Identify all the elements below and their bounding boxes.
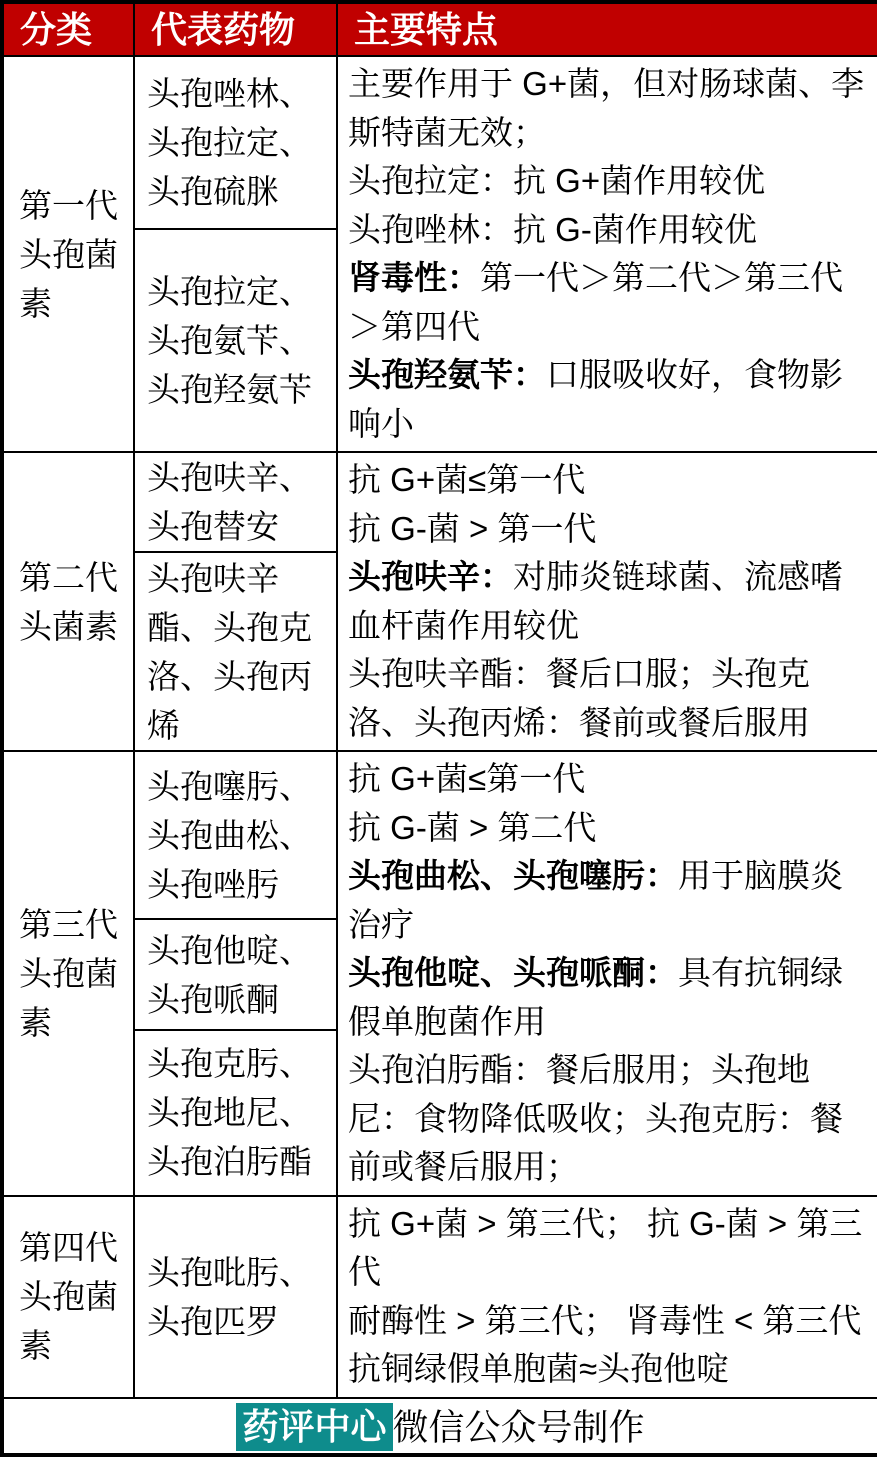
header-cell-features: 主要特点 [337,2,877,56]
footer-text: 微信公众号制作 [393,1406,645,1447]
feature-paragraph: 头孢拉定：抗 G+菌作用较优 [348,157,873,206]
category-cell: 第二代头菌素 [2,452,134,751]
feature-paragraph: 耐酶性 > 第三代； 肾毒性 < 第三代 [348,1297,873,1346]
feature-segment: 抗 G+菌 > 第三代； 抗 G-菌 > 第三代 [348,1205,862,1291]
table-row: 第三代头孢菌素头孢噻肟、头孢曲松、头孢唑肟抗 G+菌≤第一代抗 G-菌 > 第二… [2,751,877,919]
drug-cell: 头孢他啶、头孢哌酮 [134,919,337,1030]
header-cell-drugs: 代表药物 [134,2,337,56]
feature-paragraph: 抗铜绿假单胞菌≈头孢他啶 [348,1345,873,1394]
brand-badge: 药评中心 [236,1403,392,1451]
feature-paragraph: 抗 G-菌 > 第一代 [348,505,873,554]
feature-paragraph: 肾毒性：第一代＞第二代＞第三代＞第四代 [348,254,873,351]
features-cell: 抗 G+菌 > 第三代； 抗 G-菌 > 第三代耐酶性 > 第三代； 肾毒性 <… [337,1196,877,1398]
table-footer: 药评中心微信公众号制作 [2,1398,877,1455]
table-row: 第二代头菌素头孢呋辛、头孢替安抗 G+菌≤第一代抗 G-菌 > 第一代头孢呋辛：… [2,452,877,552]
drug-cell: 头孢唑林、头孢拉定、头孢硫脒 [134,56,337,229]
features-cell: 主要作用于 G+菌，但对肠球菌、李斯特菌无效；头孢拉定：抗 G+菌作用较优头孢唑… [337,56,877,452]
feature-segment: 头孢呋辛： [348,558,513,595]
drug-cell: 头孢吡肟、头孢匹罗 [134,1196,337,1398]
feature-segment: 头孢唑林：抗 G-菌作用较优 [348,211,757,248]
drug-cell: 头孢噻肟、头孢曲松、头孢唑肟 [134,751,337,919]
drug-cell: 头孢拉定、头孢氨苄、头孢羟氨苄 [134,229,337,452]
feature-paragraph: 头孢他啶、头孢哌酮：具有抗铜绿假单胞菌作用 [348,949,873,1046]
feature-segment: 头孢拉定：抗 G+菌作用较优 [348,162,765,199]
header-row: 分类 代表药物 主要特点 [2,2,877,56]
features-cell: 抗 G+菌≤第一代抗 G-菌 > 第一代头孢呋辛：对肺炎链球菌、流感嗜血杆菌作用… [337,452,877,751]
feature-segment: 抗 G-菌 > 第二代 [348,809,596,846]
feature-segment: 头孢他啶、头孢哌酮： [348,954,678,991]
feature-paragraph: 头孢羟氨苄：口服吸收好，食物影响小 [348,351,873,448]
feature-segment: 肾毒性： [348,259,480,296]
header-cell-category: 分类 [2,2,134,56]
feature-segment: 头孢曲松、头孢噻肟： [348,857,678,894]
feature-paragraph: 头孢呋辛：对肺炎链球菌、流感嗜血杆菌作用较优 [348,553,873,650]
feature-paragraph: 主要作用于 G+菌，但对肠球菌、李斯特菌无效； [348,60,873,157]
table-body: 第一代头孢菌素头孢唑林、头孢拉定、头孢硫脒主要作用于 G+菌，但对肠球菌、李斯特… [2,56,877,1398]
drug-cell: 头孢呋辛、头孢替安 [134,452,337,552]
feature-paragraph: 抗 G+菌≤第一代 [348,456,873,505]
table-header: 分类 代表药物 主要特点 [2,2,877,56]
feature-paragraph: 头孢唑林：抗 G-菌作用较优 [348,206,873,255]
feature-paragraph: 抗 G+菌≤第一代 [348,755,873,804]
footer-cell: 药评中心微信公众号制作 [2,1398,877,1455]
feature-segment: 抗 G-菌 > 第一代 [348,510,596,547]
feature-segment: 抗铜绿假单胞菌≈头孢他啶 [348,1350,729,1387]
footer-row: 药评中心微信公众号制作 [2,1398,877,1455]
feature-segment: 头孢泊肟酯：餐后服用；头孢地尼：食物降低吸收；头孢克肟：餐前或餐后服用； [348,1050,843,1186]
drug-cell: 头孢克肟、头孢地尼、头孢泊肟酯 [134,1030,337,1195]
feature-segment: 头孢呋辛酯：餐后口服；头孢克洛、头孢丙烯：餐前或餐后服用 [348,654,810,742]
features-cell: 抗 G+菌≤第一代抗 G-菌 > 第二代头孢曲松、头孢噻肟：用于脑膜炎治疗头孢他… [337,751,877,1196]
feature-paragraph: 头孢曲松、头孢噻肟：用于脑膜炎治疗 [348,852,873,949]
cephalosporin-table: 分类 代表药物 主要特点 第一代头孢菌素头孢唑林、头孢拉定、头孢硫脒主要作用于 … [0,0,877,1457]
feature-segment: 耐酶性 > 第三代； 肾毒性 < 第三代 [348,1302,861,1339]
category-cell: 第一代头孢菌素 [2,56,134,452]
category-cell: 第三代头孢菌素 [2,751,134,1196]
feature-segment: 抗 G+菌≤第一代 [348,760,585,797]
table-row: 第一代头孢菌素头孢唑林、头孢拉定、头孢硫脒主要作用于 G+菌，但对肠球菌、李斯特… [2,56,877,229]
table-row: 第四代头孢菌素头孢吡肟、头孢匹罗抗 G+菌 > 第三代； 抗 G-菌 > 第三代… [2,1196,877,1398]
feature-paragraph: 头孢呋辛酯：餐后口服；头孢克洛、头孢丙烯：餐前或餐后服用 [348,650,873,747]
feature-paragraph: 抗 G+菌 > 第三代； 抗 G-菌 > 第三代 [348,1200,873,1297]
feature-segment: 头孢羟氨苄： [348,356,546,393]
feature-segment: 主要作用于 G+菌， [348,65,633,102]
feature-segment: 抗 G+菌≤第一代 [348,461,585,498]
category-cell: 第四代头孢菌素 [2,1196,134,1398]
drug-cell: 头孢呋辛酯、头孢克洛、头孢丙烯 [134,552,337,751]
feature-paragraph: 头孢泊肟酯：餐后服用；头孢地尼：食物降低吸收；头孢克肟：餐前或餐后服用； [348,1046,873,1192]
feature-paragraph: 抗 G-菌 > 第二代 [348,804,873,853]
